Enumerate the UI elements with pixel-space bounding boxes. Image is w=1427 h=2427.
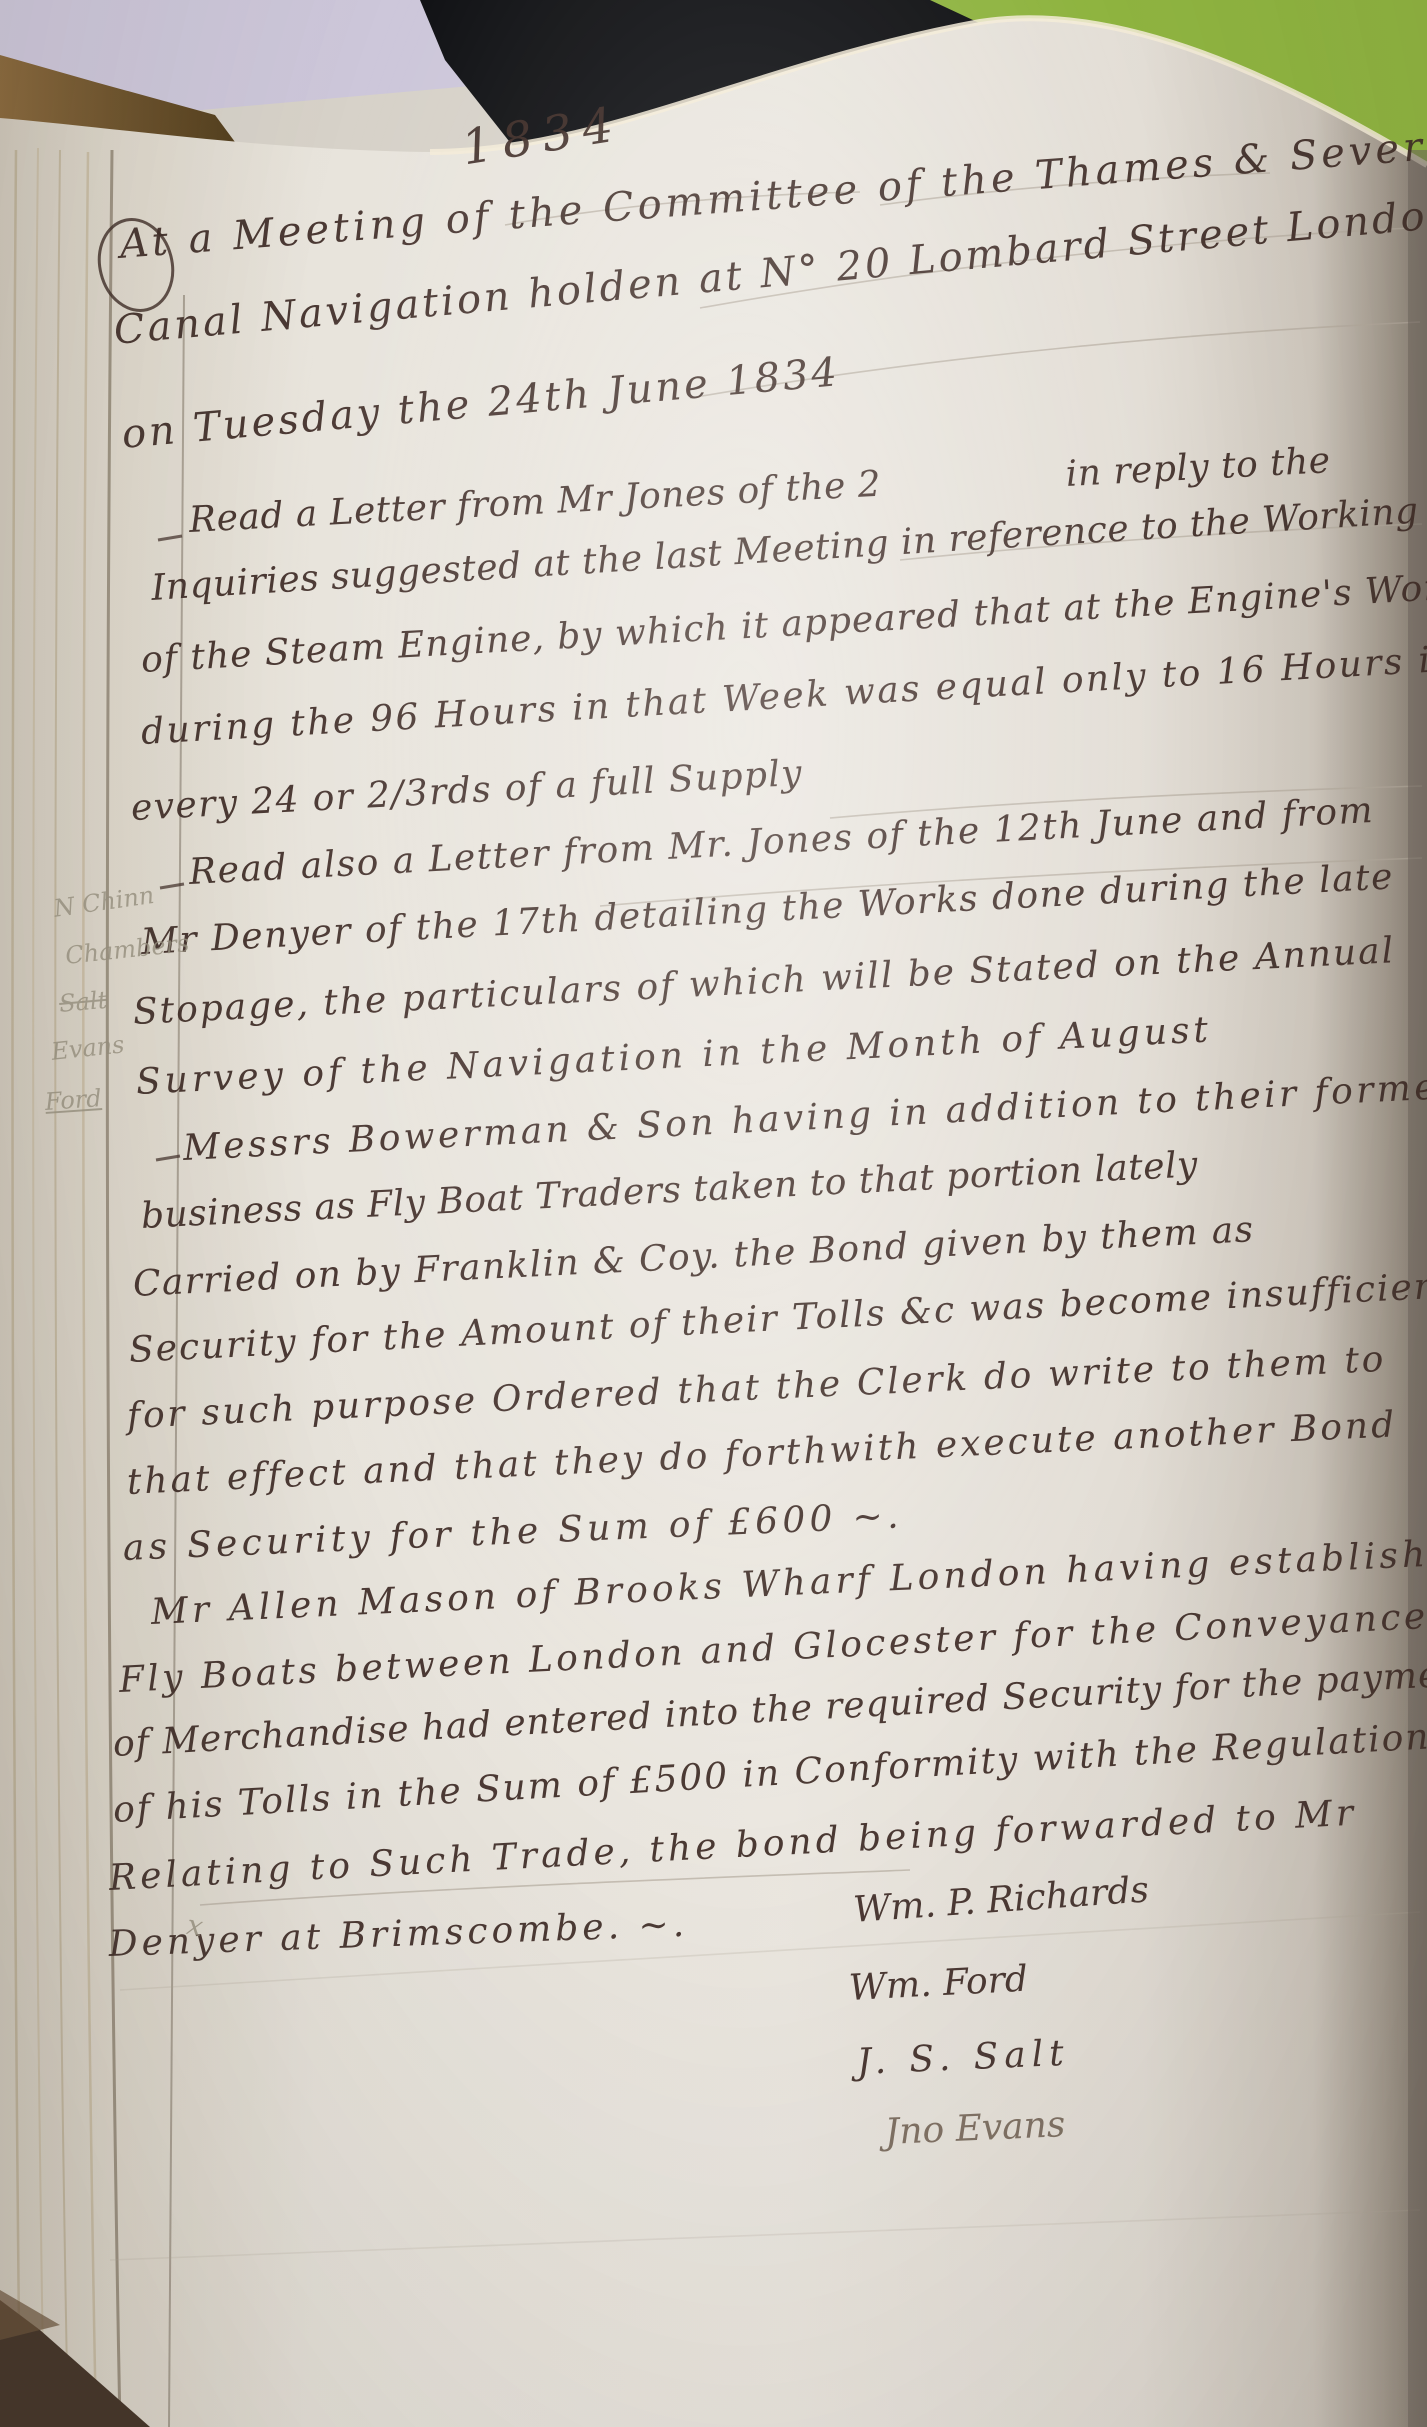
signature-evans: Jno Evans xyxy=(884,2104,1066,2153)
margin-pencil-note-line-3: Salt xyxy=(58,986,108,1018)
margin-pencil-note-line-5: Ford xyxy=(44,1084,102,1116)
manuscript-photo: 1834 At a Meeting of the Committee of th… xyxy=(0,0,1427,2427)
